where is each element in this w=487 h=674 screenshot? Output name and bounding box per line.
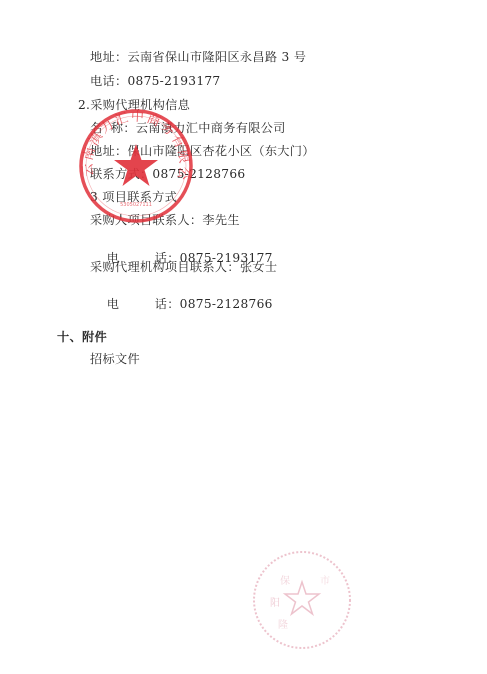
- svg-text:阳: 阳: [270, 597, 280, 609]
- agency-address: 地址：保山市隆阳区杏花小区（东大门）: [90, 144, 315, 158]
- svg-text:市: 市: [320, 574, 330, 587]
- phone-label: 电: [107, 297, 155, 311]
- attachments-heading: 十、附件: [57, 330, 107, 344]
- purchaser-contact-person: 采购人项目联系人：李先生: [90, 213, 240, 227]
- svg-text:保: 保: [280, 574, 290, 587]
- attachment-item: 招标文件: [90, 352, 140, 366]
- agency-contact: 联系方式：0875-2128766: [90, 167, 245, 181]
- project-contact-title: 3 项目联系方式: [90, 190, 177, 204]
- faded-seal-stamp: 阳 保 市 隆: [250, 548, 354, 652]
- svg-text:隆: 隆: [278, 618, 288, 631]
- purchaser-phone: 电话：0875-2193177: [90, 74, 220, 88]
- agency-name: 名 称：云南滇力汇中商务有限公司: [90, 121, 286, 135]
- purchaser-address: 地址：云南省保山市隆阳区永昌路 3 号: [90, 50, 306, 64]
- agency-section-title: 2.采购代理机构信息: [78, 98, 190, 112]
- agency-contact-person: 采购代理机构项目联系人：张女士: [90, 260, 277, 274]
- agency-contact-phone: 电话：0875-2128766: [90, 283, 273, 325]
- phone-value: 话：0875-2128766: [155, 297, 273, 311]
